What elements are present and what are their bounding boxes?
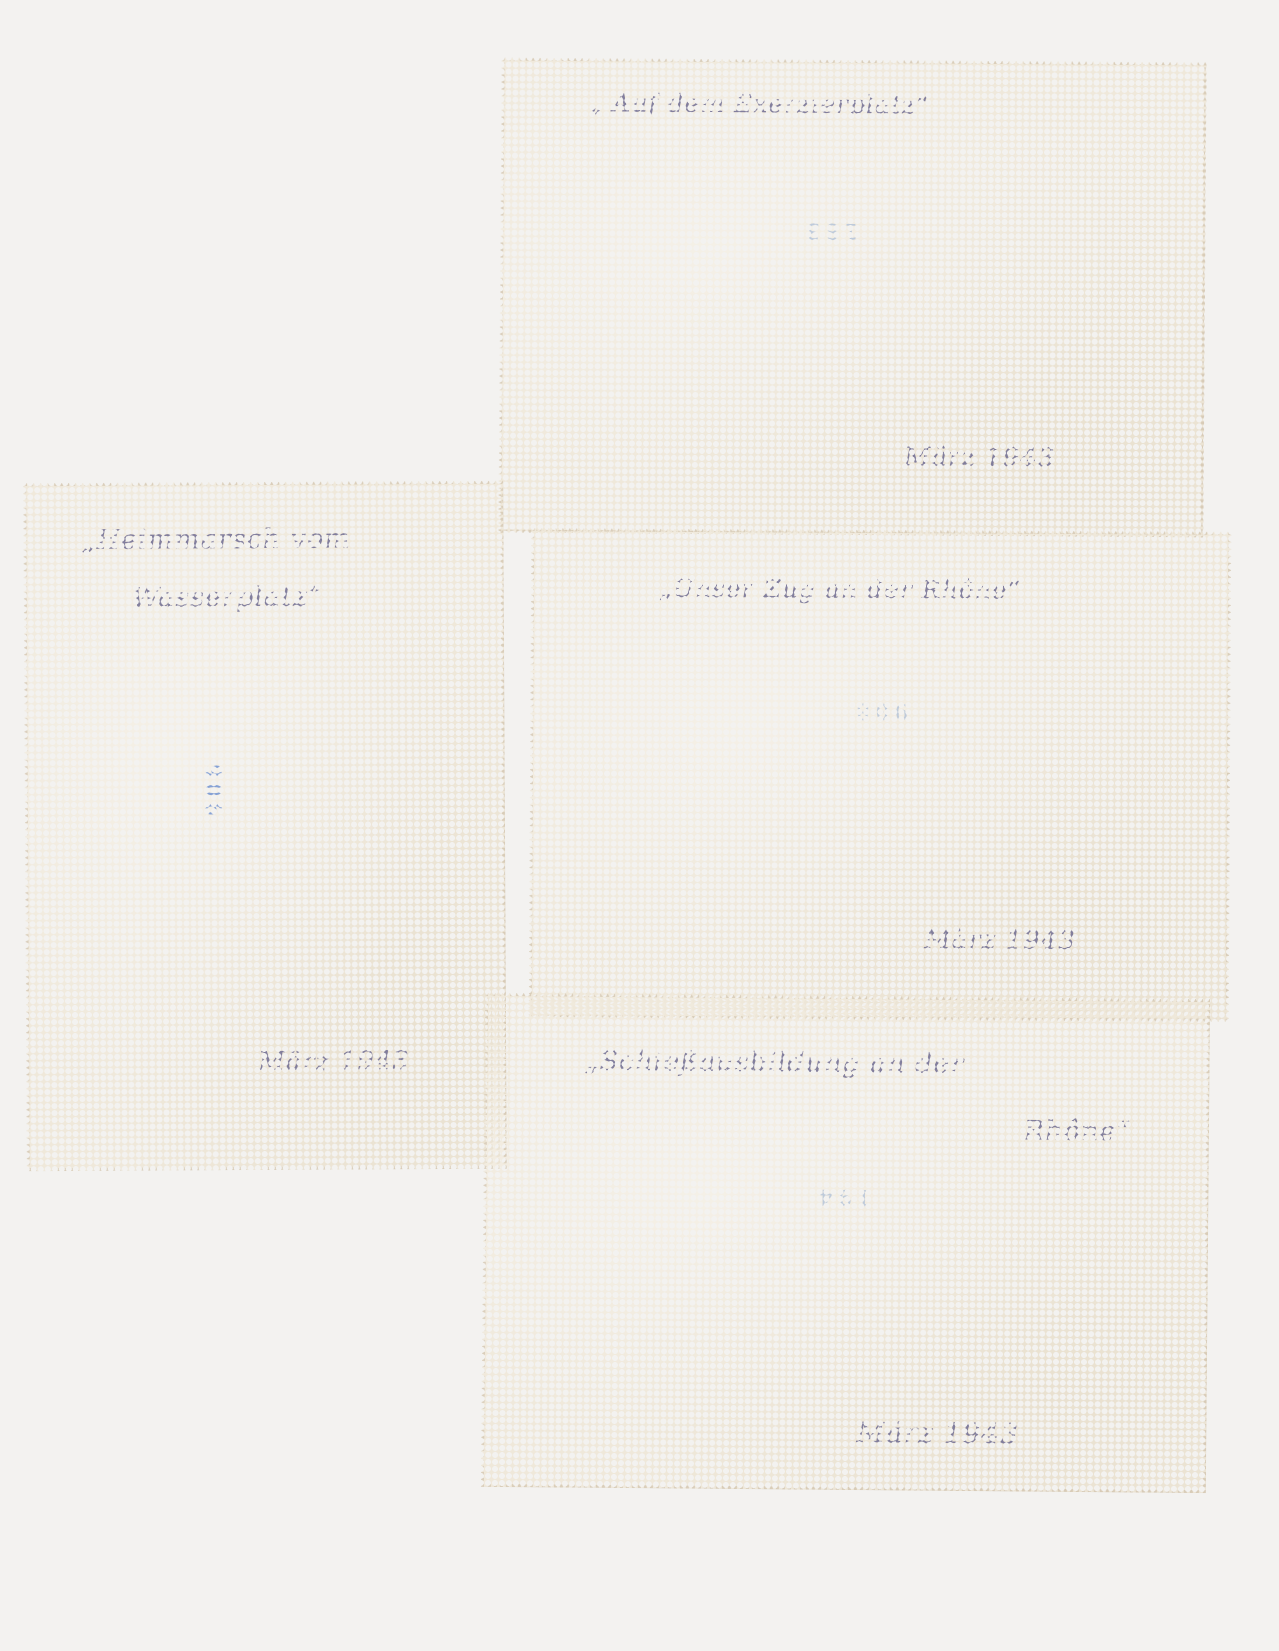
handwritten-caption: „Unser Zug an der Rhône“ xyxy=(659,574,1022,605)
photo-back-exerzierplatz: „ Auf dem Exerzierplatz“ 183 März 1943 xyxy=(498,58,1206,538)
archive-number-stamp: 908 xyxy=(850,698,908,723)
handwritten-caption-line2: Rhône“ xyxy=(1024,1116,1131,1148)
handwritten-date: März 1943 xyxy=(924,925,1076,956)
handwritten-caption-line2: Wasserplatz“ xyxy=(132,582,323,614)
handwritten-caption: „ Auf dem Exerzierplatz“ xyxy=(589,88,930,119)
photo-back-heimmarsch: „Heimmarsch vom Wasserplatz“ 906 März 19… xyxy=(23,481,507,1172)
archive-number-stamp: 183 xyxy=(800,218,858,243)
handwritten-date: März 1943 xyxy=(856,1416,1019,1450)
handwritten-caption-line1: „Heimmarsch vom xyxy=(81,524,351,556)
handwritten-date: März 1943 xyxy=(904,442,1056,473)
archive-number-stamp: 194 xyxy=(813,1184,871,1210)
handwritten-caption-line1: „Schießausbildung an der xyxy=(584,1046,964,1080)
photo-back-unser-zug: „Unser Zug an der Rhône“ 908 März 1943 xyxy=(529,528,1232,1022)
archive-number-stamp: 906 xyxy=(200,764,225,822)
photo-back-schiessausbildung: „Schießausbildung an der Rhône“ 194 März… xyxy=(481,993,1210,1493)
handwritten-date: März 1943 xyxy=(258,1046,410,1077)
